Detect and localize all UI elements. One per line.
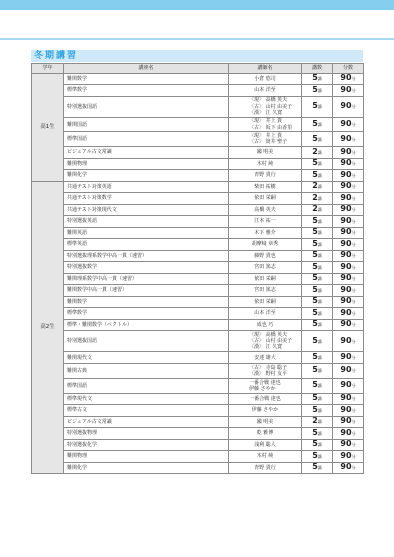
course-name: 難関国語 (64, 117, 229, 132)
course-name: 特別選抜国語 (64, 331, 229, 352)
table-row: 標準数学山本 洋至5講90分 (32, 85, 364, 97)
minutes-value: 90 (340, 462, 351, 471)
minutes-value: 90 (340, 352, 351, 361)
table-row: 難関数学中高一貫（速習）宮田 篤志5講90分 (32, 285, 364, 297)
table-body: 高1生難関数学小倉 悠司5講90分標準数学山本 洋至5講90分特別選抜国語〈現〉… (32, 73, 364, 474)
course-name: 標準現代文 (64, 393, 229, 405)
lesson-count: 5講 (302, 439, 333, 451)
count-unit: 講 (318, 288, 322, 293)
course-name: 特別選抜国語 (64, 96, 229, 117)
count-unit: 講 (318, 339, 322, 344)
lesson-minutes: 90分 (333, 378, 364, 393)
teacher-name: 小倉 悠司 (229, 73, 302, 85)
count-unit: 講 (318, 196, 322, 201)
minutes-unit: 分 (352, 288, 356, 293)
teacher-name: 木下 雅介 (229, 227, 302, 239)
count-unit: 講 (318, 150, 322, 155)
lesson-count: 5講 (302, 170, 333, 182)
table-row: 難関化学青野 貴行5講90分 (32, 170, 364, 182)
minutes-value: 90 (340, 181, 351, 190)
lesson-minutes: 90分 (333, 73, 364, 85)
teacher-line: 伊藤 さやか (249, 386, 298, 392)
course-name: 標準国語 (64, 132, 229, 147)
teacher-line: 高橋 英夫 (232, 207, 298, 213)
minutes-unit: 分 (352, 408, 356, 413)
teacher-line: 乾 雅博 (232, 430, 298, 436)
lesson-count: 5講 (302, 117, 333, 132)
lesson-minutes: 90分 (333, 285, 364, 297)
lesson-minutes: 90分 (333, 273, 364, 285)
course-name: 難関化学 (64, 170, 229, 182)
minutes-value: 90 (340, 285, 351, 294)
minutes-unit: 分 (352, 219, 356, 224)
teacher-name: 依田 栄嗣 (229, 273, 302, 285)
minutes-unit: 分 (352, 207, 356, 212)
table-row: 難関物理木村 純5講90分 (32, 451, 364, 463)
teacher-line: 木村 純 (232, 161, 298, 167)
minutes-unit: 分 (352, 161, 356, 166)
lesson-count: 5講 (302, 239, 333, 251)
teacher-line: 青野 貴行 (232, 465, 298, 471)
course-schedule-table: 学年 講座名 講師名 講数 分数 高1生難関数学小倉 悠司5講90分標準数学山本… (31, 63, 364, 474)
teacher-line: 山本 洋至 (232, 87, 298, 93)
header-course: 講座名 (64, 64, 229, 74)
table-row: 標準古文伊藤 さやか5講90分 (32, 405, 364, 417)
count-unit: 講 (318, 219, 322, 224)
count-unit: 講 (318, 88, 322, 93)
count-unit: 講 (318, 76, 322, 81)
teacher-line: 宮田 篤志 (232, 264, 298, 270)
lesson-count: 5講 (302, 331, 333, 352)
course-name: 難関数学 (64, 73, 229, 85)
minutes-value: 90 (340, 193, 351, 202)
teacher-line: 〈古〉 坂下 由香里 (249, 125, 298, 131)
header-divider (0, 38, 394, 40)
count-unit: 講 (318, 442, 322, 447)
count-unit: 講 (318, 431, 322, 436)
lesson-count: 2講 (302, 181, 333, 193)
course-name: 難関数学 (64, 296, 229, 308)
minutes-value: 90 (340, 365, 351, 374)
count-unit: 講 (318, 311, 322, 316)
course-name: 特別選抜数学 (64, 262, 229, 274)
minutes-value: 90 (340, 336, 351, 345)
lesson-count: 5講 (302, 227, 333, 239)
table-row: 標準英語胡摩﨑 章秀5講90分 (32, 239, 364, 251)
lesson-minutes: 90分 (333, 117, 364, 132)
table-row: 標準数学山本 洋至5講90分 (32, 308, 364, 320)
lesson-minutes: 90分 (333, 439, 364, 451)
lesson-count: 5講 (302, 319, 333, 331)
lesson-count: 5講 (302, 273, 333, 285)
minutes-unit: 分 (352, 122, 356, 127)
teacher-line: 山本 洋至 (232, 310, 298, 316)
course-name: 難関化学 (64, 462, 229, 474)
minutes-value: 90 (340, 296, 351, 305)
count-unit: 講 (318, 419, 322, 424)
course-name: 共通テスト対策現代文 (64, 204, 229, 216)
count-unit: 講 (318, 276, 322, 281)
minutes-value: 90 (340, 380, 351, 389)
lesson-minutes: 90分 (333, 296, 364, 308)
minutes-unit: 分 (352, 368, 356, 373)
count-unit: 講 (318, 454, 322, 459)
table-row: 難関現代文安達 雄大5講90分 (32, 352, 364, 364)
lesson-count: 5講 (302, 250, 333, 262)
count-unit: 講 (318, 368, 322, 373)
teacher-line: 依田 栄嗣 (232, 276, 298, 282)
teacher-line: 浅利 聡人 (232, 442, 298, 448)
minutes-value: 90 (340, 158, 351, 167)
minutes-unit: 分 (352, 196, 356, 201)
course-name: ビジュアル古文常識 (64, 147, 229, 159)
teacher-name: 伊藤 さやか (229, 405, 302, 417)
section-title: 冬期講習 (31, 50, 363, 62)
count-unit: 講 (318, 242, 322, 247)
minutes-value: 90 (340, 204, 351, 213)
lesson-minutes: 90分 (333, 416, 364, 428)
teacher-name: 〈現〉 井上 貴〈古〉 筒井 聖子 (229, 132, 302, 147)
minutes-value: 90 (340, 147, 351, 156)
course-name: 標準・難関数学（ベクトル） (64, 319, 229, 331)
lesson-minutes: 90分 (333, 96, 364, 117)
lesson-minutes: 90分 (333, 363, 364, 378)
teacher-name: 木村 純 (229, 451, 302, 463)
lesson-count: 5講 (302, 352, 333, 364)
table-row: 特別選抜数学宮田 篤志5講90分 (32, 262, 364, 274)
teacher-name: 山本 洋至 (229, 85, 302, 97)
grade-cell: 高2生 (32, 181, 64, 473)
minutes-unit: 分 (352, 419, 356, 424)
minutes-value: 90 (340, 308, 351, 317)
table-row: 標準・難関数学（ベクトル）成也 巧5講90分 (32, 319, 364, 331)
lesson-count: 5講 (302, 462, 333, 474)
lesson-count: 5講 (302, 132, 333, 147)
lesson-minutes: 90分 (333, 147, 364, 159)
count-unit: 講 (318, 161, 322, 166)
lesson-minutes: 90分 (333, 158, 364, 170)
header-teacher: 講師名 (229, 64, 302, 74)
count-unit: 講 (318, 137, 322, 142)
teacher-name: 〈古〉 寺島 聡子〈漢〉 野村 友平 (229, 363, 302, 378)
count-unit: 講 (318, 253, 322, 258)
teacher-name: 藤野 貴也 (229, 250, 302, 262)
count-unit: 講 (318, 230, 322, 235)
minutes-unit: 分 (352, 299, 356, 304)
table-row: 難関英語木下 雅介5講90分 (32, 227, 364, 239)
table-row: 高1生難関数学小倉 悠司5講90分 (32, 73, 364, 85)
teacher-name: 木村 純 (229, 158, 302, 170)
teacher-line: 〈漢〉 野村 友平 (249, 371, 298, 377)
minutes-unit: 分 (352, 173, 356, 178)
minutes-value: 90 (340, 273, 351, 282)
teacher-name: 一番合戦 達也 (229, 393, 302, 405)
lesson-minutes: 90分 (333, 250, 364, 262)
table-row: 特別選抜国語〈現〉 高橋 英夫〈古〉 山村 由美子〈漢〉 江 久寛5講90分 (32, 96, 364, 117)
table-row: 共通テスト対策現代文高橋 英夫2講90分 (32, 204, 364, 216)
minutes-value: 90 (340, 262, 351, 271)
teacher-name: 浅利 聡人 (229, 439, 302, 451)
minutes-unit: 分 (352, 396, 356, 401)
lesson-count: 2講 (302, 147, 333, 159)
teacher-name: 青野 貴行 (229, 462, 302, 474)
minutes-value: 90 (340, 85, 351, 94)
minutes-value: 90 (340, 405, 351, 414)
teacher-name: 宮田 篤志 (229, 262, 302, 274)
minutes-unit: 分 (352, 137, 356, 142)
teacher-line: 成也 巧 (232, 322, 298, 328)
course-name: 共通テスト対策数学 (64, 193, 229, 205)
minutes-unit: 分 (352, 242, 356, 247)
minutes-unit: 分 (352, 465, 356, 470)
teacher-line: 依田 栄嗣 (232, 299, 298, 305)
lesson-count: 5講 (302, 262, 333, 274)
teacher-line: 〈漢〉 江 久寛 (249, 344, 298, 350)
lesson-count: 2講 (302, 193, 333, 205)
table-row: 高2生共通テスト対策英語柴田 祐樹2講90分 (32, 181, 364, 193)
teacher-line: 宮田 篤志 (232, 287, 298, 293)
minutes-unit: 分 (352, 322, 356, 327)
teacher-line: 依田 栄嗣 (232, 195, 298, 201)
teacher-line: 〈古〉 山村 由美子 (249, 104, 298, 110)
minutes-unit: 分 (352, 383, 356, 388)
course-name: 難関物理 (64, 158, 229, 170)
minutes-unit: 分 (352, 88, 356, 93)
teacher-name: 依田 栄嗣 (229, 296, 302, 308)
minutes-value: 90 (340, 170, 351, 179)
course-name: 標準国語 (64, 378, 229, 393)
minutes-unit: 分 (352, 184, 356, 189)
lesson-minutes: 90分 (333, 216, 364, 228)
count-unit: 講 (318, 322, 322, 327)
lesson-count: 5講 (302, 378, 333, 393)
table-row: 特別選抜国語〈現〉 高橋 英夫〈古〉 山村 由美子〈漢〉 江 久寛5講90分 (32, 331, 364, 352)
count-unit: 講 (318, 408, 322, 413)
minutes-unit: 分 (352, 431, 356, 436)
teacher-line: 木村 純 (232, 453, 298, 459)
course-name: 難関古典 (64, 363, 229, 378)
teacher-name: 青野 貴行 (229, 170, 302, 182)
teacher-line: 伊藤 さやか (232, 407, 298, 413)
lesson-count: 5講 (302, 428, 333, 440)
lesson-count: 5講 (302, 85, 333, 97)
minutes-unit: 分 (352, 150, 356, 155)
count-unit: 講 (318, 465, 322, 470)
course-name: 共通テスト対策英語 (64, 181, 229, 193)
course-name: 標準数学 (64, 308, 229, 320)
minutes-unit: 分 (352, 355, 356, 360)
minutes-value: 90 (340, 319, 351, 328)
teacher-line: 青野 貴行 (232, 172, 298, 178)
minutes-value: 90 (340, 239, 351, 248)
minutes-unit: 分 (352, 276, 356, 281)
course-name: 難関物理 (64, 451, 229, 463)
header-minutes: 分数 (333, 64, 364, 74)
lesson-minutes: 90分 (333, 132, 364, 147)
lesson-count: 5講 (302, 363, 333, 378)
lesson-minutes: 90分 (333, 181, 364, 193)
lesson-minutes: 90分 (333, 193, 364, 205)
course-name: 特別選抜英語 (64, 216, 229, 228)
count-unit: 講 (318, 207, 322, 212)
minutes-value: 90 (340, 393, 351, 402)
lesson-count: 5講 (302, 393, 333, 405)
table-row: 特別選抜化学浅利 聡人5講90分 (32, 439, 364, 451)
minutes-value: 90 (340, 416, 351, 425)
course-name: 標準古文 (64, 405, 229, 417)
course-name: 難関数学中高一貫（速習） (64, 285, 229, 297)
minutes-value: 90 (340, 73, 351, 82)
lesson-count: 5講 (302, 216, 333, 228)
table-row: 標準国語〈現〉 井上 貴〈古〉 筒井 聖子5講90分 (32, 132, 364, 147)
lesson-minutes: 90分 (333, 239, 364, 251)
course-name: 標準数学 (64, 85, 229, 97)
lesson-count: 2講 (302, 416, 333, 428)
teacher-line: 柴田 祐樹 (232, 184, 298, 190)
table-row: 難関化学青野 貴行5講90分 (32, 462, 364, 474)
lesson-count: 5講 (302, 451, 333, 463)
lesson-minutes: 90分 (333, 428, 364, 440)
grade-cell: 高1生 (32, 73, 64, 181)
table-row: 共通テスト対策数学依田 栄嗣2講90分 (32, 193, 364, 205)
lesson-minutes: 90分 (333, 462, 364, 474)
lesson-minutes: 90分 (333, 451, 364, 463)
lesson-count: 5講 (302, 308, 333, 320)
course-name: 特別選抜物理 (64, 428, 229, 440)
top-banner-bar (0, 0, 394, 10)
minutes-unit: 分 (352, 442, 356, 447)
count-unit: 講 (318, 355, 322, 360)
minutes-unit: 分 (352, 253, 356, 258)
minutes-value: 90 (340, 451, 351, 460)
count-unit: 講 (318, 122, 322, 127)
lesson-count: 5講 (302, 96, 333, 117)
table-row: 難関物理木村 純5講90分 (32, 158, 364, 170)
teacher-line: 小倉 悠司 (232, 76, 298, 82)
table-row: ビジュアル古文常識國 明美2講90分 (32, 416, 364, 428)
lesson-minutes: 90分 (333, 308, 364, 320)
course-name: 標準英語 (64, 239, 229, 251)
minutes-unit: 分 (352, 454, 356, 459)
table-header-row: 学年 講座名 講師名 講数 分数 (32, 64, 364, 74)
count-unit: 講 (318, 383, 322, 388)
lesson-minutes: 90分 (333, 331, 364, 352)
teacher-line: 〈漢〉 江 久寛 (249, 110, 298, 116)
course-name: 難関英語 (64, 227, 229, 239)
header-grade: 学年 (32, 64, 64, 74)
minutes-value: 90 (340, 134, 351, 143)
lesson-minutes: 90分 (333, 85, 364, 97)
minutes-unit: 分 (352, 339, 356, 344)
count-unit: 講 (318, 299, 322, 304)
minutes-value: 90 (340, 439, 351, 448)
teacher-line: 胡摩﨑 章秀 (232, 241, 298, 247)
course-name: 難関現代文 (64, 352, 229, 364)
teacher-line: 國 明美 (232, 149, 298, 155)
minutes-unit: 分 (352, 230, 356, 235)
teacher-name: 江本 祐一 (229, 216, 302, 228)
teacher-name: 一番合戦 達也伊藤 さやか (229, 378, 302, 393)
minutes-unit: 分 (352, 265, 356, 270)
lesson-minutes: 90分 (333, 319, 364, 331)
minutes-value: 90 (340, 119, 351, 128)
count-unit: 講 (318, 265, 322, 270)
table-row: 難関古典〈古〉 寺島 聡子〈漢〉 野村 友平5講90分 (32, 363, 364, 378)
teacher-line: 國 明美 (232, 419, 298, 425)
minutes-unit: 分 (352, 104, 356, 109)
minutes-value: 90 (340, 250, 351, 259)
count-unit: 講 (318, 104, 322, 109)
count-unit: 講 (318, 396, 322, 401)
course-name: 難関理系数学中高一貫（速習） (64, 273, 229, 285)
minutes-value: 90 (340, 227, 351, 236)
teacher-line: 〈古〉 筒井 聖子 (249, 139, 298, 145)
lesson-count: 5講 (302, 158, 333, 170)
teacher-name: 乾 雅博 (229, 428, 302, 440)
minutes-value: 90 (340, 101, 351, 110)
teacher-line: 江本 祐一 (232, 218, 298, 224)
teacher-name: 成也 巧 (229, 319, 302, 331)
course-name: 特別選抜化学 (64, 439, 229, 451)
teacher-name: 〈現〉 高橋 英夫〈古〉 山村 由美子〈漢〉 江 久寛 (229, 96, 302, 117)
teacher-name: 柴田 祐樹 (229, 181, 302, 193)
teacher-name: 安達 雄大 (229, 352, 302, 364)
minutes-value: 90 (340, 216, 351, 225)
course-name: ビジュアル古文常識 (64, 416, 229, 428)
lesson-count: 5講 (302, 405, 333, 417)
teacher-name: 胡摩﨑 章秀 (229, 239, 302, 251)
teacher-line: 木下 雅介 (232, 230, 298, 236)
teacher-name: 山本 洋至 (229, 308, 302, 320)
minutes-unit: 分 (352, 76, 356, 81)
count-unit: 講 (318, 184, 322, 189)
teacher-line: 藤野 貴也 (232, 253, 298, 259)
teacher-name: 依田 栄嗣 (229, 193, 302, 205)
teacher-name: 〈現〉 井上 貴〈古〉 坂下 由香里 (229, 117, 302, 132)
lesson-minutes: 90分 (333, 262, 364, 274)
table-row: ビジュアル古文常識國 明美2講90分 (32, 147, 364, 159)
table-row: 難関数学依田 栄嗣5講90分 (32, 296, 364, 308)
lesson-minutes: 90分 (333, 352, 364, 364)
table-row: 特別選抜英語江本 祐一5講90分 (32, 216, 364, 228)
lesson-minutes: 90分 (333, 170, 364, 182)
teacher-name: 國 明美 (229, 416, 302, 428)
lesson-minutes: 90分 (333, 393, 364, 405)
minutes-value: 90 (340, 428, 351, 437)
lesson-minutes: 90分 (333, 405, 364, 417)
table-row: 難関国語〈現〉 井上 貴〈古〉 坂下 由香里5講90分 (32, 117, 364, 132)
header-count: 講数 (302, 64, 333, 74)
lesson-minutes: 90分 (333, 204, 364, 216)
table-row: 特別選抜物理乾 雅博5講90分 (32, 428, 364, 440)
teacher-line: 安達 雄大 (232, 355, 298, 361)
lesson-count: 2講 (302, 204, 333, 216)
teacher-name: 國 明美 (229, 147, 302, 159)
minutes-unit: 分 (352, 311, 356, 316)
table-row: 難関理系数学中高一貫（速習）依田 栄嗣5講90分 (32, 273, 364, 285)
table-row: 標準国語一番合戦 達也伊藤 さやか5講90分 (32, 378, 364, 393)
teacher-name: 宮田 篤志 (229, 285, 302, 297)
lesson-count: 5講 (302, 73, 333, 85)
lesson-count: 5講 (302, 296, 333, 308)
table-row: 特別選抜理系数学中高一貫（速習）藤野 貴也5講90分 (32, 250, 364, 262)
lesson-count: 5講 (302, 285, 333, 297)
teacher-name: 高橋 英夫 (229, 204, 302, 216)
count-unit: 講 (318, 173, 322, 178)
teacher-line: 一番合戦 達也 (232, 396, 298, 402)
lesson-minutes: 90分 (333, 227, 364, 239)
course-name: 特別選抜理系数学中高一貫（速習） (64, 250, 229, 262)
